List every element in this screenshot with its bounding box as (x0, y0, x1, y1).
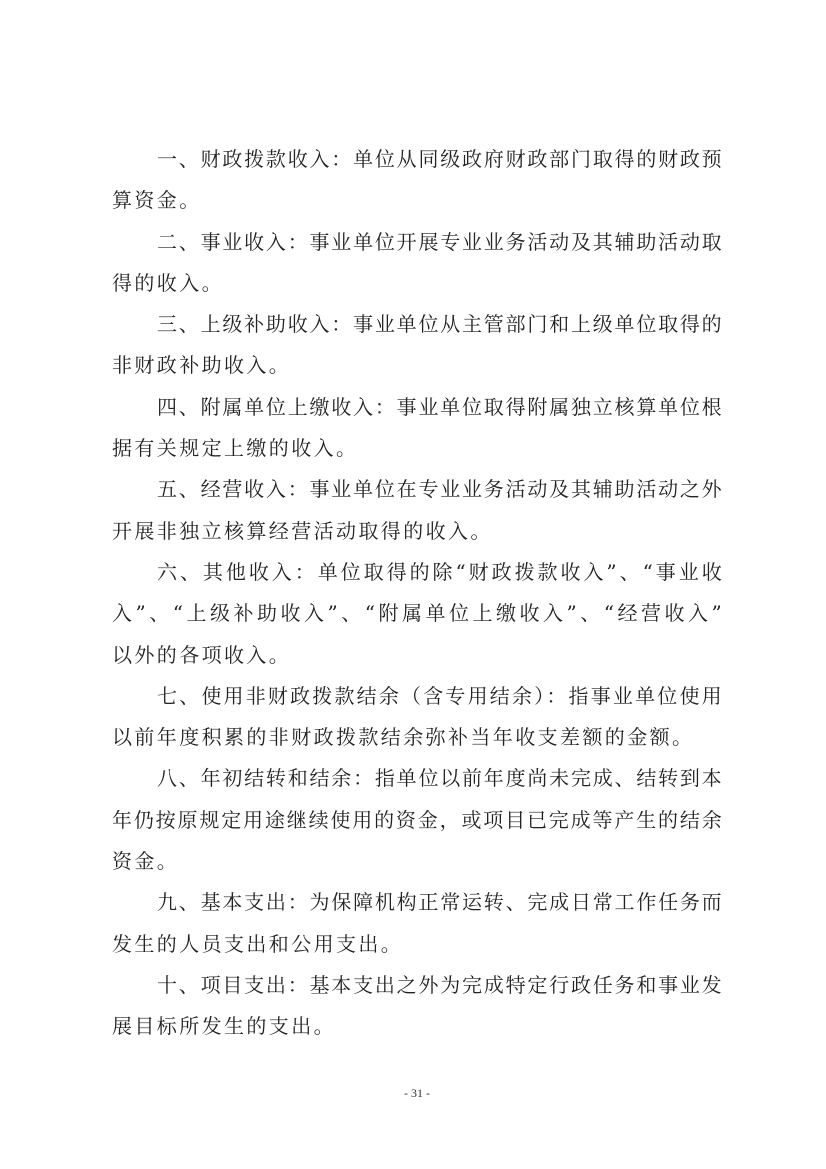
paragraph-line: 得的收入。 (112, 263, 722, 304)
paragraph-line: 资金。 (112, 841, 722, 882)
paragraph-line: 四、附属单位上缴收入：事业单位取得附属独立核算单位根 (112, 387, 722, 428)
paragraph-line: 二、事业收入：事业单位开展专业业务活动及其辅助活动取 (112, 222, 722, 263)
paragraph-project-expenditure: 十、项目支出：基本支出之外为完成特定行政任务和事业发 展目标所发生的支出。 (112, 965, 722, 1048)
paragraph-line: 以外的各项收入。 (112, 635, 722, 676)
paragraph-line: 九、基本支出：为保障机构正常运转、完成日常工作任务而 (112, 882, 722, 923)
paragraph-affiliated-unit-income: 四、附属单位上缴收入：事业单位取得附属独立核算单位根 据有关规定上缴的收入。 (112, 387, 722, 470)
paragraph-line: 算资金。 (112, 180, 722, 221)
paragraph-non-fiscal-balance-use: 七、使用非财政拨款结余（含专用结余）：指事业单位使用 以前年度积累的非财政拨款结… (112, 676, 722, 759)
document-page: 一、财政拨款收入：单位从同级政府财政部门取得的财政预 算资金。 二、事业收入：事… (0, 0, 826, 1169)
paragraph-operating-income: 五、经营收入：事业单位在专业业务活动及其辅助活动之外 开展非独立核算经营活动取得… (112, 469, 722, 552)
paragraph-line: 发生的人员支出和公用支出。 (112, 924, 722, 965)
paragraph-line: 展目标所发生的支出。 (112, 1006, 722, 1047)
document-body: 一、财政拨款收入：单位从同级政府财政部门取得的财政预 算资金。 二、事业收入：事… (112, 139, 722, 1048)
paragraph-line: 七、使用非财政拨款结余（含专用结余）：指事业单位使用 (112, 676, 722, 717)
paragraph-line: 八、年初结转和结余：指单位以前年度尚未完成、结转到本 (112, 758, 722, 799)
paragraph-other-income: 六、其他收入：单位取得的除“财政拨款收入”、“事业收 入”、“上级补助收入”、“… (112, 552, 722, 676)
paragraph-line: 年仍按原规定用途继续使用的资金，或项目已完成等产生的结余 (112, 800, 722, 841)
paragraph-line: 三、上级补助收入：事业单位从主管部门和上级单位取得的 (112, 304, 722, 345)
paragraph-line: 以前年度积累的非财政拨款结余弥补当年收支差额的金额。 (112, 717, 722, 758)
paragraph-line: 入”、“上级补助收入”、“附属单位上缴收入”、“经营收入” (112, 593, 722, 634)
page-number: - 31 - (383, 1084, 451, 1102)
paragraph-business-income: 二、事业收入：事业单位开展专业业务活动及其辅助活动取 得的收入。 (112, 222, 722, 305)
paragraph-basic-expenditure: 九、基本支出：为保障机构正常运转、完成日常工作任务而 发生的人员支出和公用支出。 (112, 882, 722, 965)
paragraph-fiscal-appropriation-income: 一、财政拨款收入：单位从同级政府财政部门取得的财政预 算资金。 (112, 139, 722, 222)
paragraph-line: 开展非独立核算经营活动取得的收入。 (112, 511, 722, 552)
paragraph-carryover-balance: 八、年初结转和结余：指单位以前年度尚未完成、结转到本 年仍按原规定用途继续使用的… (112, 758, 722, 882)
paragraph-line: 六、其他收入：单位取得的除“财政拨款收入”、“事业收 (112, 552, 722, 593)
paragraph-line: 据有关规定上缴的收入。 (112, 428, 722, 469)
paragraph-line: 十、项目支出：基本支出之外为完成特定行政任务和事业发 (112, 965, 722, 1006)
paragraph-superior-subsidy-income: 三、上级补助收入：事业单位从主管部门和上级单位取得的 非财政补助收入。 (112, 304, 722, 387)
paragraph-line: 非财政补助收入。 (112, 345, 722, 386)
paragraph-line: 一、财政拨款收入：单位从同级政府财政部门取得的财政预 (112, 139, 722, 180)
paragraph-line: 五、经营收入：事业单位在专业业务活动及其辅助活动之外 (112, 469, 722, 510)
